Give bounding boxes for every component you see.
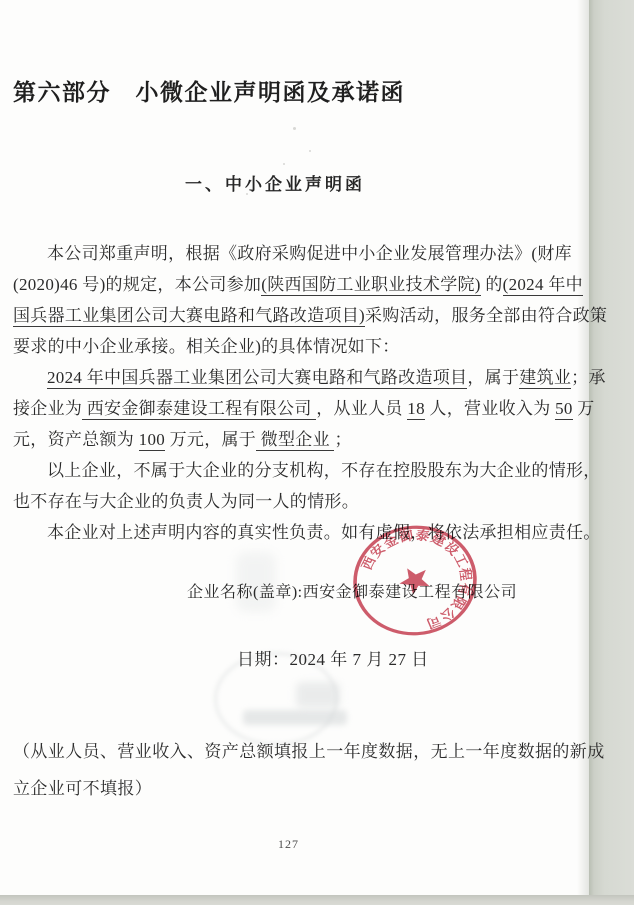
body-text: 本公司郑重声明，根据《政府采购促进中小企业发展管理办法》(财库 (47, 244, 572, 263)
body-line-5: 2024 年中国兵器工业集团公司大赛电路和气路改造项目，属于建筑业；承 (13, 362, 577, 393)
body-text: 要求的中小企业承接。相关企业)的具体情况如下： (13, 337, 400, 356)
body-text: 人，营业收入为 (425, 399, 555, 418)
filled-in-field: 微型企业 (256, 430, 334, 451)
body-line-3: 国兵器工业集团公司大赛电路和气路改造项目)采购活动，服务全部由符合政策 (13, 300, 577, 331)
scanned-document-page: 第六部分 小微企业声明函及承诺函 一、中小企业声明函 本公司郑重声明，根据《政府… (0, 0, 634, 905)
body-line-8: 以上企业，不属于大企业的分支机构，不存在控股股东为大企业的情形， (13, 455, 577, 486)
footnote-line-1: （从业人员、营业收入、资产总额填报上一年度数据，无上一年度数据的新成 (13, 737, 605, 762)
body-text: 元，资产总额为 (13, 430, 139, 449)
body-text: 万元，属于 (165, 430, 256, 449)
body-line-6: 接企业为 西安金御泰建设工程有限公司 ，从业人员 18 人，营业收入为 50 万 (13, 393, 577, 424)
form-title: 一、中小企业声明函 (185, 170, 365, 195)
body-text: 的 (481, 275, 503, 294)
body-line-4: 要求的中小企业承接。相关企业)的具体情况如下： (13, 331, 577, 362)
body-text: ； (334, 430, 351, 449)
body-line-1: 本公司郑重声明，根据《政府采购促进中小企业发展管理办法》(财库 (13, 238, 577, 269)
filled-in-field: 西安金御泰建设工程有限公司 (82, 399, 316, 420)
scan-speck (246, 193, 248, 195)
section-title: 第六部分 小微企业声明函及承诺函 (13, 74, 405, 107)
filled-in-field: (陕西国防工业职业技术学院) (261, 275, 481, 296)
filled-in-field: (2024 年中 (503, 275, 583, 296)
body-text: ，属于 (467, 368, 519, 387)
body-line-2: (2020)46 号)的规定，本公司参加(陕西国防工业职业技术学院) 的(202… (13, 269, 577, 300)
body-text: 以上企业，不属于大企业的分支机构，不存在控股股东为大企业的情形， (47, 461, 601, 480)
filled-in-field: 18 (407, 399, 425, 420)
body-text: 采购活动，服务全部由符合政策 (365, 306, 607, 325)
footnote-line-2: 立企业可不填报） (13, 774, 152, 799)
body-text: 本企业对上述声明内容的真实性负责。如有虚假，将依法承担相应责任。 (47, 523, 601, 542)
body-text: 接企业为 (13, 399, 82, 418)
bleedthrough-smudge (296, 682, 340, 708)
scanner-edge-bottom (0, 895, 634, 905)
body-text: ，从业人员 (316, 399, 407, 418)
filled-in-field: 2024 年中国兵器工业集团公司大赛电路和气路改造项目 (47, 368, 467, 389)
bleedthrough-smudge (243, 710, 347, 725)
body-text: 万 (573, 399, 595, 418)
filled-in-field: 100 (139, 430, 165, 451)
filled-in-field: 国兵器工业集团公司大赛电路和气路改造项目) (13, 306, 365, 327)
company-seal-stamp: 西安金御泰建设工程有限公司 (333, 507, 496, 655)
scan-speck (293, 127, 296, 130)
body-text: 也不存在与大企业的负责人为同一人的情形。 (13, 492, 359, 511)
body-line-9: 也不存在与大企业的负责人为同一人的情形。 (13, 486, 577, 517)
page-number: 127 (278, 837, 299, 852)
filled-in-field: 建筑业 (519, 368, 571, 389)
filled-in-field: 50 (555, 399, 573, 420)
body-text: ；承 (571, 368, 606, 387)
scanner-edge-right (589, 0, 634, 905)
body-line-10: 本企业对上述声明内容的真实性负责。如有虚假，将依法承担相应责任。 (13, 517, 577, 548)
body-paragraphs: 本公司郑重声明，根据《政府采购促进中小企业发展管理办法》(财库(2020)46 … (13, 238, 577, 548)
scan-speck (283, 163, 285, 165)
body-line-7: 元，资产总额为 100 万元，属于 微型企业 ； (13, 424, 577, 455)
body-text: (2020)46 号)的规定，本公司参加 (13, 275, 261, 294)
page-edge-shadow (577, 0, 589, 905)
seal-star-icon (395, 561, 437, 598)
scan-speck (309, 150, 311, 152)
